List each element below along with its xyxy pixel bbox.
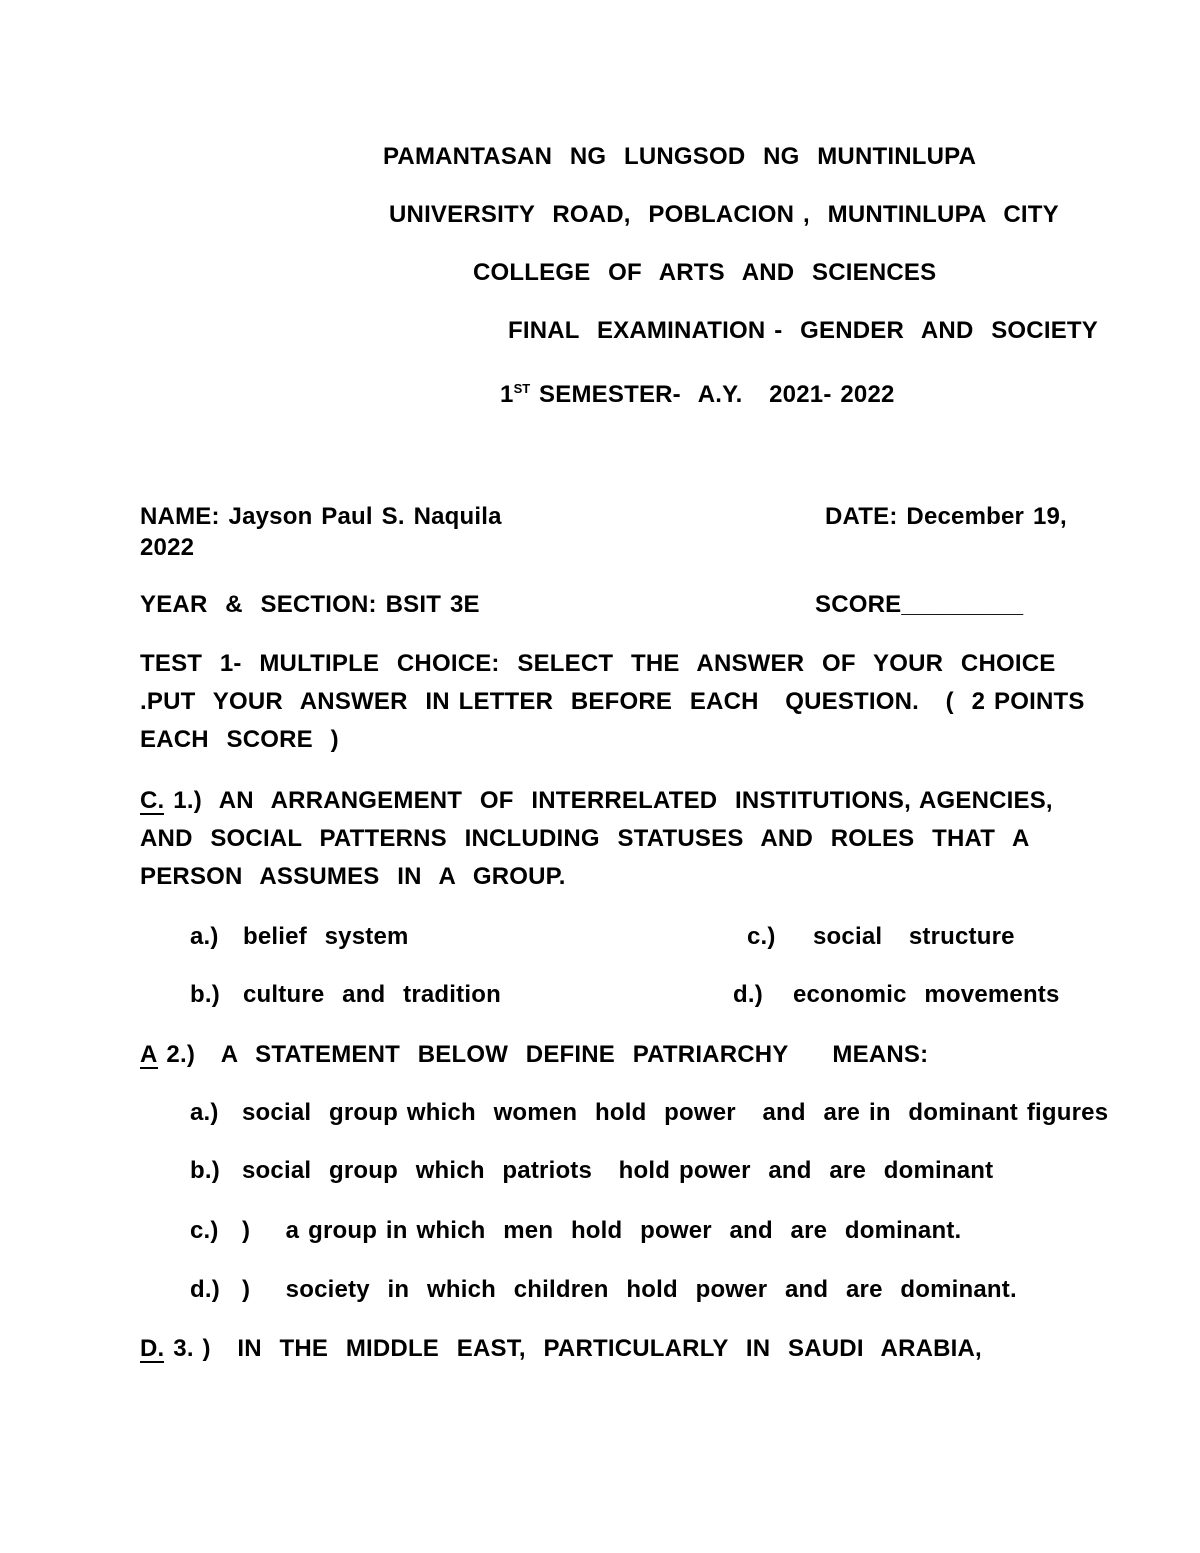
q1-option-b: b.)culture and tradition: [190, 982, 501, 1008]
student-name-line: NAME: Jayson Paul S. Naquila: [140, 504, 502, 530]
header-university-name: PAMANTASAN NG LUNGSOD NG MUNTINLUPA: [383, 144, 976, 170]
header-exam-title: FINAL EXAMINATION - GENDER AND SOCIETY: [508, 318, 1098, 344]
semester-rest: SEMESTER- A.Y. 2021- 2022: [530, 381, 894, 408]
question-1-text: 1.) AN ARRANGEMENT OF INTERRELATED INSTI…: [164, 787, 1052, 814]
q2-option-a-text: social group which women hold power and …: [242, 1099, 1108, 1126]
semester-number: 1: [500, 381, 514, 408]
question-1-line-3: PERSON ASSUMES IN A GROUP.: [140, 864, 566, 890]
header-university-address: UNIVERSITY ROAD, POBLACION , MUNTINLUPA …: [389, 202, 1059, 228]
exam-date-line: DATE: December 19,: [825, 504, 1067, 530]
question-3-text: 3. ) IN THE MIDDLE EAST, PARTICULARLY IN…: [164, 1335, 982, 1362]
q2-option-d-text: ) society in which children hold power a…: [242, 1276, 1017, 1303]
q2-option-a: a.)social group which women hold power a…: [190, 1100, 1108, 1126]
q2-option-d-letter: d.): [190, 1277, 242, 1303]
q1-option-c-text: social structure: [813, 923, 1015, 950]
q1-option-a-letter: a.): [190, 924, 243, 950]
q1-option-d-text: economic movements: [793, 981, 1060, 1008]
question-2-line: A 2.) A STATEMENT BELOW DEFINE PATRIARCH…: [140, 1042, 928, 1069]
question-1-line-2: AND SOCIAL PATTERNS INCLUDING STATUSES A…: [140, 826, 1030, 852]
header-semester-line: 1ST SEMESTER- A.Y. 2021- 2022: [500, 376, 895, 408]
q2-option-b-letter: b.): [190, 1158, 242, 1184]
question-2-answer-letter: A: [140, 1043, 158, 1069]
question-1-line-1: C. 1.) AN ARRANGEMENT OF INTERRELATED IN…: [140, 788, 1053, 815]
q2-option-d: d.)) society in which children hold powe…: [190, 1277, 1017, 1303]
q1-option-b-text: culture and tradition: [243, 981, 501, 1008]
test1-instructions-line-2: .PUT YOUR ANSWER IN LETTER BEFORE EACH Q…: [140, 689, 1085, 715]
semester-ordinal-superscript: ST: [514, 381, 531, 396]
header-college-name: COLLEGE OF ARTS AND SCIENCES: [473, 260, 936, 286]
exam-document-page: PAMANTASAN NG LUNGSOD NG MUNTINLUPA UNIV…: [0, 0, 1200, 1553]
q2-option-b-text: social group which patriots hold power a…: [242, 1157, 993, 1184]
q2-option-a-letter: a.): [190, 1100, 242, 1126]
question-2-text: 2.) A STATEMENT BELOW DEFINE PATRIARCHY …: [158, 1041, 929, 1068]
q2-option-c-letter: c.): [190, 1218, 242, 1244]
question-3-answer-letter: D.: [140, 1337, 164, 1363]
q1-option-d: d.)economic movements: [733, 982, 1060, 1008]
question-3-line: D. 3. ) IN THE MIDDLE EAST, PARTICULARLY…: [140, 1336, 982, 1363]
score-blank-line: SCORE_________: [815, 592, 1023, 618]
q2-option-c-text: ) a group in which men hold power and ar…: [242, 1217, 961, 1244]
q2-option-b: b.)social group which patriots hold powe…: [190, 1158, 993, 1184]
question-1-answer-letter: C.: [140, 789, 164, 815]
q1-option-d-letter: d.): [733, 982, 793, 1008]
test1-instructions-line-3: EACH SCORE ): [140, 727, 339, 753]
q2-option-c: c.)) a group in which men hold power and…: [190, 1218, 961, 1244]
year-section-line: YEAR & SECTION: BSIT 3E: [140, 592, 480, 618]
q1-option-a: a.)belief system: [190, 924, 409, 950]
q1-option-b-letter: b.): [190, 982, 243, 1008]
exam-date-wrap-line: 2022: [140, 535, 194, 561]
q1-option-c-letter: c.): [747, 924, 813, 950]
test1-instructions-line-1: TEST 1- MULTIPLE CHOICE: SELECT THE ANSW…: [140, 651, 1055, 677]
q1-option-a-text: belief system: [243, 923, 409, 950]
q1-option-c: c.)social structure: [747, 924, 1015, 950]
